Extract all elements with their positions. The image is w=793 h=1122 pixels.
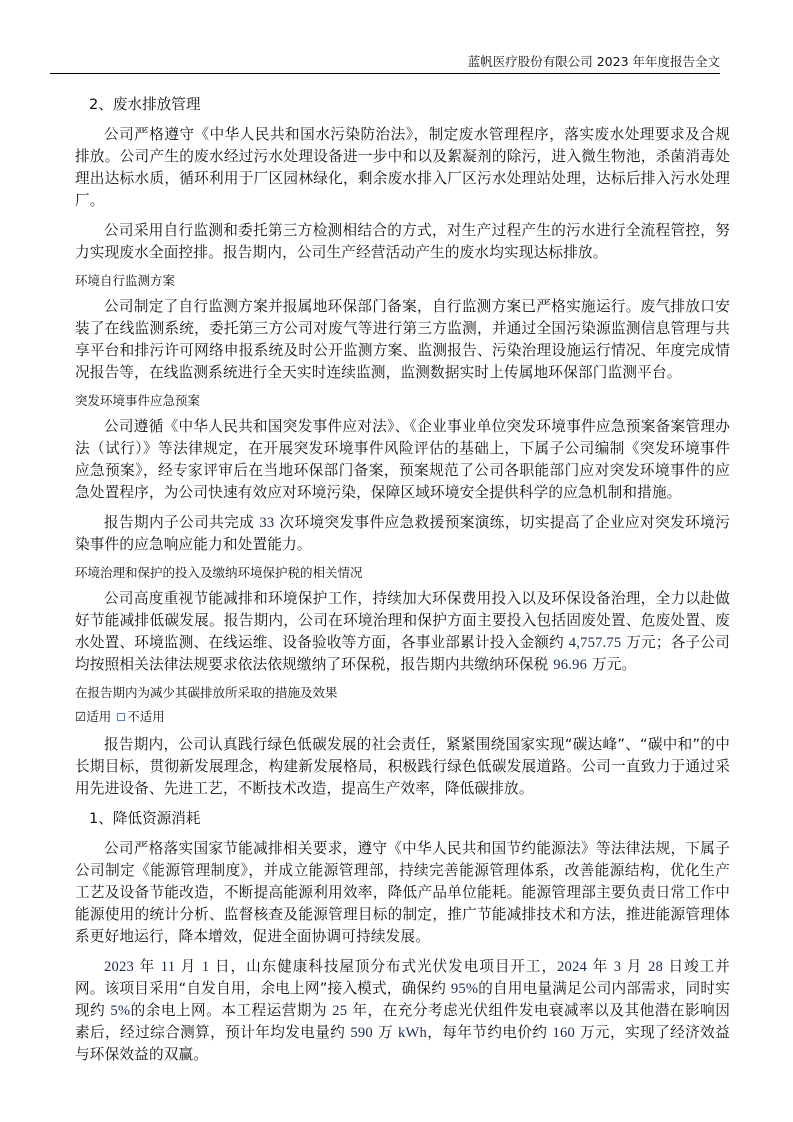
num: 590: [350, 1025, 373, 1041]
text: 月: [175, 958, 202, 975]
num: 5%: [110, 1003, 130, 1019]
document-body: 2、废水排放管理 公司严格遵守《中华人民共和国水污染防治法》，制定废水管理程序，…: [75, 94, 730, 1074]
text: 年: [134, 958, 161, 975]
num: 2024: [557, 959, 587, 975]
tax-amount: 96.96: [553, 657, 587, 673]
text: 年: [587, 958, 614, 975]
text: 万元。: [587, 656, 636, 673]
paragraph: 报告期内子公司共完成 33 次环境突发事件应急救援预案演练，切实提高了企业应对突…: [75, 512, 730, 556]
paragraph: 公司严格落实国家节能减排相关要求，遵守《中华人民共和国节约能源法》等法律法规，下…: [75, 838, 730, 948]
paragraph: 公司高度重视节能减排和环境保护工作，持续加大环保费用投入以及环保设备治理，全力以…: [75, 588, 730, 676]
paragraph: 公司严格遵守《中华人民共和国水污染防治法》，制定废水管理程序，落实废水处理要求及…: [75, 124, 730, 212]
subheading-emergency-plan: 突发环境事件应急预案: [75, 392, 730, 410]
applicable-checkbox-checked: ☑适用: [75, 708, 111, 726]
text: ，每年节约电价约: [427, 1024, 552, 1041]
applicability-options: ☑适用不适用: [75, 708, 730, 726]
drill-count: 33: [259, 515, 274, 531]
text: 报告期内子公司共完成: [104, 514, 259, 531]
num: kWh: [398, 1025, 427, 1041]
section-heading-resource: 1、降低资源消耗: [75, 808, 730, 830]
subheading-self-monitoring: 环境自行监测方案: [75, 272, 730, 290]
num: 2023: [104, 959, 134, 975]
text: 日，山东健康科技屋顶分布式光伏发电项目开工，: [209, 958, 557, 975]
text: 的余电上网。本工程运营期为: [130, 1002, 332, 1019]
investment-amount: 4,757.75: [569, 635, 622, 651]
page-header: 蓝帆医疗股份有限公司 2023 年年度报告全文: [50, 53, 720, 74]
num: 95%: [451, 981, 478, 997]
not-applicable-label: 不适用: [127, 709, 165, 724]
num: 11: [161, 959, 175, 975]
paragraph: 报告期内，公司认真践行绿色低碳发展的社会责任，紧紧围绕国家实现“碳达峰”、“碳中…: [75, 734, 730, 800]
paragraph: 公司制定了自行监测方案并报属地环保部门备案，自行监测方案已严格实施运行。废气排放…: [75, 296, 730, 384]
paragraph: 公司遵循《中华人民共和国突发事件应对法》、《企业事业单位突发环境事件应急预案备案…: [75, 416, 730, 504]
unchecked-box-icon: [117, 713, 125, 721]
subheading-investment: 环境治理和保护的投入及缴纳环境保护税的相关情况: [75, 564, 730, 582]
text: 月: [621, 958, 648, 975]
text: 万: [373, 1024, 398, 1041]
paragraph: 公司采用自行监测和委托第三方检测相结合的方式，对生产过程产生的污水进行全流程管控…: [75, 220, 730, 264]
paragraph-solar-project: 2023 年 11 月 1 日，山东健康科技屋顶分布式光伏发电项目开工，2024…: [75, 956, 730, 1066]
subheading-carbon: 在报告期内为减少其碳排放所采取的措施及效果: [75, 684, 730, 702]
report-title: 蓝帆医疗股份有限公司 2023 年年度报告全文: [468, 54, 720, 69]
num: 160: [552, 1025, 575, 1041]
num: 28: [648, 959, 663, 975]
section-heading-wastewater: 2、废水排放管理: [75, 94, 730, 116]
num: 25: [332, 1003, 347, 1019]
